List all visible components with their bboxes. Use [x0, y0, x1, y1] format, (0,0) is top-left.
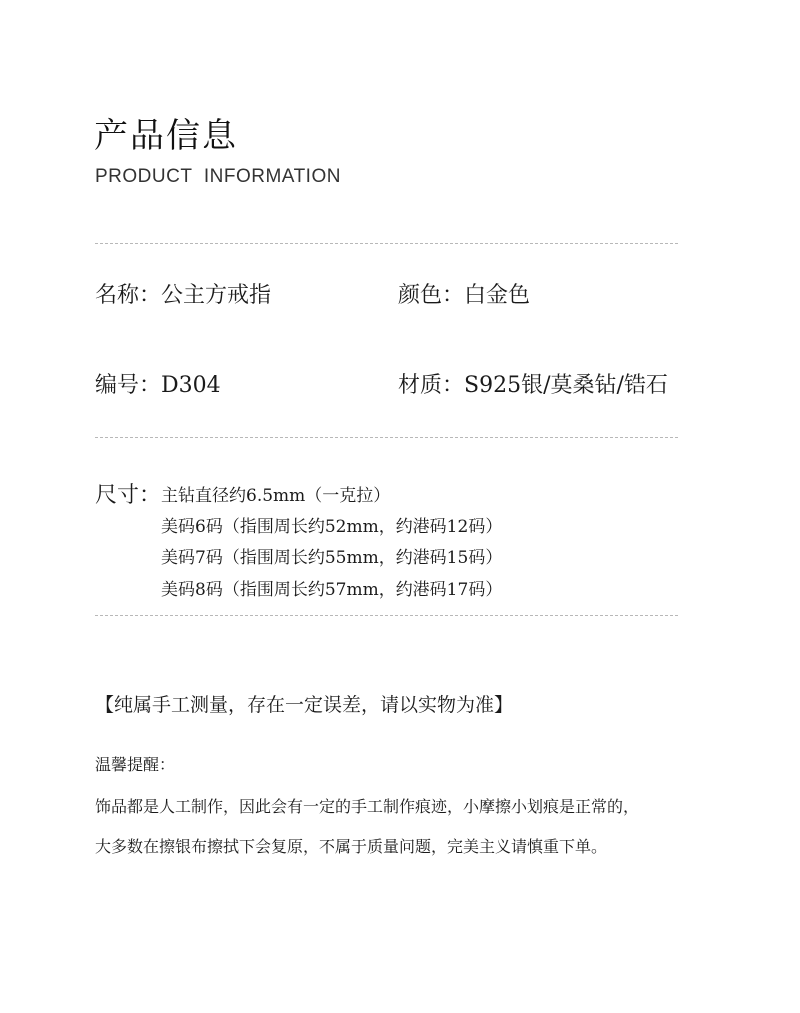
product-code-label: 编号： [95, 373, 161, 398]
tip-paragraph-line: 饰品都是人工制作，因此会有一定的手工制作痕迹，小摩擦小划痕是正常的， [95, 794, 639, 817]
product-name-label: 名称： [95, 283, 161, 308]
measurement-note: 【纯属手工测量，存在一定误差，请以实物为准】 [95, 690, 513, 717]
dashed-divider [95, 615, 678, 616]
product-color-value: 白金色 [464, 283, 530, 308]
size-line: 美码6码（指围周长约52mm，约港码12码） [161, 512, 502, 537]
size-line: 美码8码（指围周长约57mm，约港码17码） [161, 575, 502, 600]
dashed-divider [95, 437, 678, 438]
product-code-value: D304 [161, 373, 221, 398]
page-title: 产品信息 [94, 108, 238, 157]
product-material-value: S925银/莫桑钻/锆石 [464, 373, 668, 398]
product-material-field: 材质：S925银/莫桑钻/锆石 [398, 368, 668, 399]
tip-heading: 温馨提醒： [95, 752, 175, 775]
tip-paragraph-line: 大多数在擦银布擦拭下会复原，不属于质量问题，完美主义请慎重下单。 [95, 834, 607, 857]
product-color-label: 颜色： [398, 283, 464, 308]
dashed-divider [95, 243, 678, 244]
page-subtitle: PRODUCT INFORMATION [95, 166, 341, 188]
size-line: 主钻直径约6.5mm（一克拉） [161, 481, 390, 506]
product-name-value: 公主方戒指 [161, 283, 271, 308]
size-label: 尺寸： [95, 478, 161, 509]
product-material-label: 材质： [398, 373, 464, 398]
size-line: 美码7码（指围周长约55mm，约港码15码） [161, 543, 502, 568]
product-code-field: 编号：D304 [95, 368, 221, 399]
product-color-field: 颜色：白金色 [398, 278, 530, 309]
product-name-field: 名称：公主方戒指 [95, 278, 271, 309]
